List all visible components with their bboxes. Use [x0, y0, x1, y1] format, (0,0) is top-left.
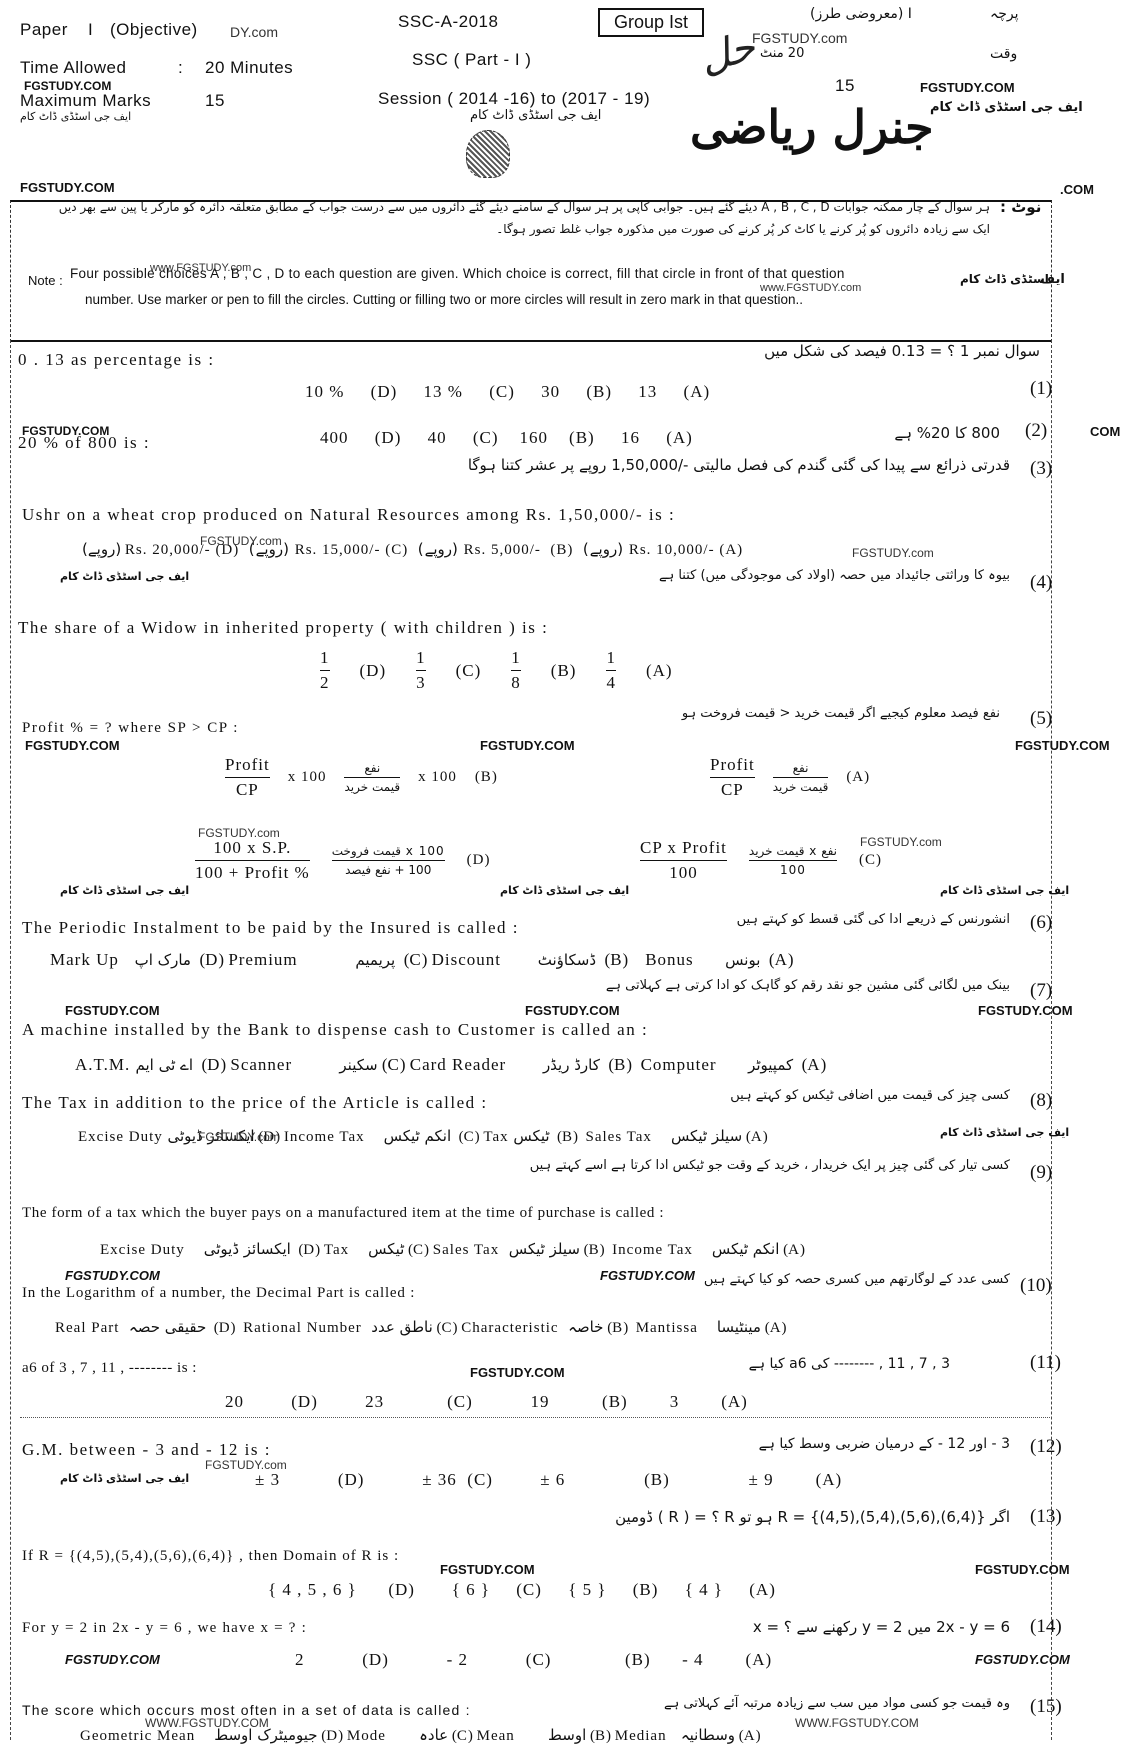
numerator: 1 [320, 648, 330, 668]
question-urdu: اگر R = {(4,5),(5,4),(5,6),(6,4)} ہو تو … [420, 1508, 1010, 1526]
option-d-value[interactable]: Rs. 20,000/- [125, 542, 211, 558]
option-b-label[interactable]: (B) [550, 542, 573, 558]
question-urdu: 800 کا 20% ہے [830, 424, 1000, 442]
denominator: 2 [320, 673, 330, 693]
option-a-urdu: سیلز ٹیکس [671, 1127, 742, 1145]
urdu-time-value: 20 منٹ [760, 46, 804, 61]
note-english-line1: Four possible choices A , B , C , D to e… [70, 266, 845, 281]
paper-number: I [88, 20, 93, 40]
note-urdu-line2: ایک سے زیادہ دائروں کو پُر کرنے یا کاٹ ک… [290, 222, 990, 236]
option-c-label[interactable]: (C) [516, 1580, 542, 1599]
option-b-urdu: ٹیکس [513, 1127, 549, 1145]
question-english: In the Logarithm of a number, the Decima… [22, 1285, 415, 1302]
option-a-label[interactable]: (A) [783, 1242, 805, 1258]
option-b-value[interactable]: 160 [520, 428, 549, 447]
question-english: 20 % of 800 is : [18, 433, 150, 453]
option-a-value[interactable]: Bonus [645, 950, 693, 969]
options-row: (روپے) Rs. 20,000/- (D) (روپے) Rs. 15,00… [82, 540, 743, 559]
urdu-paper-label: پرچہ [990, 6, 1018, 22]
watermark-urdu: ایف جی اسٹڈی ڈاٹ کام [500, 884, 629, 897]
option-a-value[interactable]: Computer [641, 1055, 717, 1074]
option-d-label[interactable]: (D) [199, 950, 224, 969]
numerator: 1 [511, 648, 521, 668]
option-c-urdu: سکینر [339, 1056, 377, 1074]
option-c-urdu: ٹیکس [368, 1240, 404, 1258]
option-b-english[interactable]: ProfitCP [225, 755, 270, 800]
option-c-value[interactable]: 40 [428, 428, 447, 447]
watermark: FGSTUDY.COM [975, 1562, 1070, 1577]
option-a-value[interactable]: Sales Tax [586, 1129, 652, 1145]
denominator: 100 [669, 863, 698, 883]
option-b-value[interactable]: Sales Tax [433, 1242, 499, 1258]
board-seal-icon [466, 130, 510, 178]
watermark: FGSTUDY.com [198, 1130, 280, 1144]
option-a-urdu: وسطانیہ [681, 1726, 735, 1744]
option-b-value[interactable]: - 4 [682, 1650, 703, 1669]
watermark: FGSTUDY.com [860, 835, 942, 849]
option-c-value[interactable]: Rs. 15,000/- [295, 542, 381, 558]
option-d-value[interactable]: Excise Duty [100, 1242, 185, 1258]
time-colon: : [178, 58, 183, 78]
option-b-label[interactable]: (B) [569, 428, 595, 447]
numerator: CP x Profit [640, 838, 727, 858]
question-urdu: بینک میں لگائی گئی مشین جو نقد رقم کو گا… [560, 978, 1010, 993]
option-a-value[interactable]: Median [615, 1728, 667, 1744]
watermark: FGSTUDY.com [852, 546, 934, 560]
denominator: CP [236, 780, 259, 800]
option-b-value[interactable]: Mean [477, 1728, 515, 1744]
option-d-label[interactable]: (D) [362, 1650, 389, 1669]
option-c-urdu: نفع x قیمت خرید100 [749, 844, 837, 877]
option-a-value[interactable]: 13 [638, 382, 657, 401]
option-c-value[interactable]: 23 [365, 1392, 384, 1411]
option-d-label[interactable]: (D) [202, 1055, 227, 1074]
urdu-time-label: وقت [990, 46, 1017, 62]
option-b-value[interactable]: 30 [541, 382, 560, 401]
option-a-label[interactable]: (A) [721, 1392, 748, 1411]
signature-scribble: ﺣﻞ [695, 24, 760, 83]
denominator: 8 [511, 673, 521, 693]
option-d-value[interactable]: 20 [225, 1392, 244, 1411]
question-english: If R = {(4,5),(5,4),(5,6),(6,4)} , then … [22, 1548, 399, 1565]
question-urdu: کسی چیز کی قیمت میں اضافی ٹیکس کو کہتے ہ… [690, 1088, 1010, 1103]
question-number: (4) [1030, 572, 1052, 594]
group-badge: Group Ist [598, 8, 704, 37]
option-b-value[interactable]: Discount [432, 950, 501, 969]
option-c-urdu: ناطق عدد [371, 1318, 432, 1336]
option-b-label[interactable]: (B) [602, 1392, 628, 1411]
watermark-urdu: ایف جی اسٹڈی ڈاٹ کام [940, 1126, 1069, 1139]
option-c-label[interactable]: (C) [526, 1650, 552, 1669]
option-c-value[interactable]: Income Tax [284, 1129, 365, 1145]
option-c-label[interactable]: (C) [459, 1129, 480, 1145]
watermark: FGSTUDY.COM [440, 1562, 535, 1577]
watermark: WWW.FGSTUDY.COM [795, 1716, 919, 1730]
options-row: Mark Up مارک اپ (D) Premium پریمیم (C) D… [50, 950, 794, 970]
option-c-label[interactable]: (C) [437, 1320, 458, 1336]
option-c-label[interactable]: (C) [473, 428, 499, 447]
option-d-label[interactable]: (D) [291, 1392, 318, 1411]
option-a-label[interactable]: (A) [666, 428, 693, 447]
option-b-label[interactable]: (B) [605, 950, 629, 969]
watermark: FGSTUDY.COM [65, 1003, 160, 1018]
question-urdu: 3 , 7 , 11 , -------- کی a6 کیا ہے [720, 1356, 950, 1372]
option-d-value[interactable]: 10 % [305, 382, 344, 401]
option-b-urdu-suffix: x 100 [418, 769, 457, 786]
question-english: a6 of 3 , 7 , 11 , -------- is : [22, 1360, 197, 1377]
option-a-label[interactable]: (A) [765, 1320, 787, 1336]
question-number: (1) [1030, 378, 1052, 400]
paper-type: (Objective) [110, 20, 198, 40]
option-c-value[interactable]: Premium [228, 950, 297, 969]
denominator: 100 + نفع فیصد [345, 863, 431, 877]
watermark: FGSTUDY.COM [65, 1652, 160, 1667]
option-c-value[interactable]: Scanner [230, 1055, 292, 1074]
option-c-value[interactable]: Rational Number [243, 1320, 362, 1336]
question-number: (5) [1030, 708, 1052, 730]
watermark: FGSTUDY.COM [480, 738, 575, 753]
denominator: CP [721, 780, 744, 800]
note-urdu-mid: اسٹڈی ڈاٹ کام [960, 272, 1049, 286]
question-urdu: قدرتی ذرائع سے پیدا کی گئی گندم کی فصل م… [540, 456, 1010, 474]
note-urdu-label: نوٹ : [1000, 198, 1041, 216]
option-c-english[interactable]: CP x Profit100 [640, 838, 727, 883]
option-a-urdu: (روپے) [583, 540, 624, 558]
watermark: FGSTUDY.COM [525, 1003, 620, 1018]
option-c-value[interactable]: 13 % [424, 382, 463, 401]
option-d-label[interactable]: (D) [467, 852, 491, 869]
option-a-value[interactable]: { 4 } [685, 1580, 723, 1599]
options-row: Real Part حقیقی حصہ (D) Rational Number … [55, 1318, 787, 1337]
watermark-urdu: ایف جی اسٹڈی ڈاٹ کام [60, 884, 189, 897]
question-number: (9) [1030, 1162, 1052, 1184]
option-b-value[interactable]: 18 [511, 648, 521, 693]
option-a-value[interactable]: 3 [670, 1392, 680, 1411]
option-d-label[interactable]: (D) [214, 1320, 236, 1336]
options-row: Excise Duty ایکسائز ڈیوٹی (D) Income Tax… [78, 1127, 768, 1146]
question-urdu: سوال نمبر 1 ؟ = 0.13 فیصد کی شکل میں [740, 342, 1040, 360]
urdu-site-center: ایف جی اسٹڈی ڈاٹ کام [470, 108, 601, 123]
option-d-label[interactable]: (D) [298, 1242, 320, 1258]
option-a-label[interactable]: (A) [749, 1580, 776, 1599]
question-english: The Periodic Instalment to be paid by th… [22, 918, 519, 938]
option-b-urdu: خاصہ [568, 1318, 603, 1336]
question-urdu: 2x - y = 6 میں y = 2 رکھنے سے ؟ = x [560, 1618, 1010, 1636]
question-english: A machine installed by the Bank to dispe… [22, 1020, 648, 1040]
option-a-urdu: کمپیوٹر [748, 1056, 793, 1074]
question-number: (13) [1030, 1506, 1062, 1528]
option-c-urdu: پریمیم [355, 951, 395, 969]
option-b-label[interactable]: (B) [590, 1728, 611, 1744]
option-a-label[interactable]: (A) [802, 1055, 827, 1074]
option-a-value[interactable]: Income Tax [612, 1242, 693, 1258]
option-d-value[interactable]: { 4 , 5 , 6 } [268, 1580, 357, 1599]
option-a-value[interactable]: 16 [621, 428, 640, 447]
option-b-urdu: اوسط [548, 1726, 586, 1744]
option-d-value[interactable]: 2 [295, 1650, 305, 1669]
option-b-urdu: ڈسکاؤنٹ [538, 951, 596, 969]
note-english-label: Note : [28, 273, 63, 288]
question-number: (8) [1030, 1090, 1052, 1112]
options-row-1: ProfitCP x 100 نفعقیمت خرید x 100 (B) [225, 755, 498, 800]
numerator: 1 [416, 648, 426, 668]
option-a-label[interactable]: (A) [769, 950, 794, 969]
watermark-fgstudy-right: FGSTUDY.COM [920, 80, 1015, 95]
numerator: 100 x قیمت فروخت [332, 844, 445, 858]
option-d-urdu: ایکسائز ڈیوٹی [204, 1240, 291, 1258]
option-d-value[interactable]: A.T.M. [75, 1055, 130, 1074]
note-english-line2: number. Use marker or pen to fill the ci… [85, 292, 803, 307]
question-urdu: وہ قیمت جو کسی مواد میں سب سے زیادہ مرتب… [640, 1696, 1010, 1711]
option-d-urdu: حقیقی حصہ [129, 1318, 206, 1336]
maximum-marks-label: Maximum Marks [20, 91, 151, 111]
option-a-label[interactable]: (A) [746, 1650, 773, 1669]
option-b-label[interactable]: (B) [586, 382, 612, 401]
option-d-urdu: (روپے) [82, 540, 121, 558]
option-d-label[interactable]: (D) [360, 661, 387, 681]
question-number: (14) [1030, 1616, 1062, 1638]
option-c-value[interactable]: ± 36 [422, 1470, 457, 1489]
numerator: نفع x قیمت خرید [749, 844, 837, 858]
watermark-fgstudy-mid: FGSTUDY.com [752, 30, 847, 46]
watermark-row-right: .COM [1060, 182, 1094, 197]
option-c-label[interactable]: (C) [452, 1728, 473, 1744]
option-a-value[interactable]: Mantissa [636, 1320, 698, 1336]
option-d-value[interactable]: 12 [320, 648, 330, 693]
question-urdu: نفع فیصد معلوم کیجیے اگر قیمت خرید < قیم… [600, 706, 1000, 721]
question-english: The share of a Widow in inherited proper… [18, 618, 548, 638]
option-d-value[interactable]: Real Part [55, 1320, 119, 1336]
question-number: (6) [1030, 912, 1052, 934]
note-urdu-line1: ہر سوال کے چار ممکنہ جوابات A , B , C , … [20, 200, 990, 214]
option-c-label[interactable]: (C) [404, 950, 428, 969]
option-d-english[interactable]: 100 x S.P.100 + Profit % [195, 838, 310, 883]
question-urdu: 3 - اور 12 - کے درمیان ضربی وسط کیا ہے [700, 1436, 1010, 1452]
question-english: G.M. between - 3 and - 12 is : [22, 1440, 271, 1460]
denominator: قیمت خرید [344, 780, 400, 794]
option-d-label[interactable]: (D) [388, 1580, 415, 1599]
numerator: 100 x S.P. [213, 838, 291, 858]
option-c-value[interactable]: { 6 } [452, 1580, 490, 1599]
exam-session: Session ( 2014 -16) to (2017 - 19) [378, 89, 650, 109]
option-b-suffix: x 100 [288, 769, 327, 786]
options-row-2: 100 x S.P.100 + Profit % 100 x قیمت فروخ… [195, 838, 490, 883]
numerator: 1 [606, 648, 616, 668]
numerator: Profit [225, 755, 270, 775]
option-b-value[interactable]: ± 6 [540, 1470, 565, 1489]
option-d-value[interactable]: Geometric Mean [80, 1728, 195, 1744]
option-b-label[interactable]: (B) [584, 1242, 605, 1258]
watermark: FGSTUDY.COM [975, 1652, 1070, 1667]
urdu-paper-value: I (معروضی طرز) [810, 6, 912, 22]
option-d-label[interactable]: (D) [371, 382, 398, 401]
question-number: (7) [1030, 980, 1052, 1002]
maximum-marks-value: 15 [205, 91, 225, 111]
denominator: قیمت خرید [773, 780, 829, 794]
option-b-label[interactable]: (B) [551, 661, 577, 681]
option-d-label[interactable]: (D) [375, 428, 402, 447]
option-b-urdu: (روپے) [418, 540, 459, 558]
paper-label: Paper [20, 20, 68, 40]
option-c-label[interactable]: (C) [385, 542, 408, 558]
question-english: 0 . 13 as percentage is : [18, 350, 215, 370]
question-number: (10) [1020, 1275, 1052, 1297]
time-allowed-value: 20 Minutes [205, 58, 293, 78]
option-b-urdu: نفعقیمت خرید [344, 761, 400, 794]
numerator: Profit [710, 755, 755, 775]
urdu-marks-value: 15 [835, 76, 855, 96]
question-english: Profit % = ? where SP > CP : [22, 720, 239, 737]
option-a-label[interactable]: (A) [646, 661, 673, 681]
options-row: 10 % (D) 13 % (C) 30 (B) 13 (A) [305, 382, 710, 402]
denominator: 100 + Profit % [195, 863, 310, 883]
watermark: FGSTUDY.COM [470, 1365, 565, 1380]
option-c-value[interactable]: Mode [347, 1728, 386, 1744]
option-b-label[interactable]: (B) [608, 1055, 632, 1074]
option-a-label[interactable]: (A) [746, 1129, 768, 1145]
options-row: 2 (D) - 2 (C) (B) - 4 (A) [295, 1650, 772, 1670]
watermark-urdu: ایف جی اسٹڈی ڈاٹ کام [940, 884, 1069, 897]
option-c-label[interactable]: (C) [382, 1055, 406, 1074]
option-a-label[interactable]: (A) [739, 1728, 761, 1744]
options-row-2b: CP x Profit100 نفع x قیمت خرید100 (C) [640, 838, 882, 883]
watermark: FGSTUDY.COM [1015, 738, 1110, 753]
option-a-label[interactable]: (A) [816, 1470, 843, 1489]
option-a-urdu: نفعقیمت خرید [773, 761, 829, 794]
question-urdu: انشورنس کے ذریعے ادا کی گئی قسط کو کہتے … [680, 912, 1010, 927]
option-b-value[interactable]: Rs. 5,000/- [464, 542, 541, 558]
option-b-urdu: کارڈ ریڈر [543, 1056, 600, 1074]
options-row: 20 (D) 23 (C) 19 (B) 3 (A) [225, 1392, 748, 1412]
option-d-urdu: مارک اپ [135, 951, 191, 969]
option-a-value[interactable]: 14 [606, 648, 616, 693]
option-a-urdu: بونس [725, 951, 760, 969]
option-c-label[interactable]: (C) [408, 1242, 429, 1258]
watermark-urdu: ایف جی اسٹڈی ڈاٹ کام [60, 570, 189, 583]
exam-code: SSC-A-2018 [398, 12, 498, 32]
numerator: نفع [793, 761, 809, 775]
question-urdu: بیوہ کا وراثتی جائیداد میں حصہ (اولاد کی… [540, 568, 1010, 583]
option-b-label[interactable]: (B) [625, 1650, 651, 1669]
subject-title-urdu: جنرل ریاضی [690, 100, 934, 154]
option-a-label[interactable]: (A) [846, 769, 870, 786]
denominator: 3 [416, 673, 426, 693]
options-row: 12 (D) 13 (C) 18 (B) 14 (A) [320, 648, 673, 693]
question-urdu: کسی عدد کے لوگارتھم میں کسری حصہ کو کیا … [680, 1272, 1010, 1287]
question-english: The form of a tax which the buyer pays o… [22, 1205, 664, 1222]
question-number: (3) [1030, 458, 1052, 480]
option-a-value[interactable]: ± 9 [748, 1470, 773, 1489]
question-number: (11) [1030, 1352, 1061, 1374]
option-a-label[interactable]: (A) [719, 542, 743, 558]
watermark-com: COM [1090, 424, 1120, 439]
option-d-label[interactable]: (D) [321, 1728, 343, 1744]
watermark-urdu: ایف جی اسٹڈی ڈاٹ کام [60, 1472, 189, 1485]
exam-part: SSC ( Part - I ) [412, 50, 531, 70]
option-b-urdu: سیلز ٹیکس [509, 1240, 580, 1258]
urdu-site-watermark: ایف جی اسٹڈی ڈاٹ کام [20, 110, 131, 123]
option-b-value[interactable]: Card Reader [410, 1055, 506, 1074]
question-english: Ushr on a wheat crop produced on Natural… [22, 505, 675, 525]
option-b-label[interactable]: (B) [644, 1470, 670, 1489]
options-row: 400 (D) 40 (C) 160 (B) 16 (A) [320, 428, 693, 448]
option-b-label[interactable]: (B) [633, 1580, 659, 1599]
option-c-value[interactable]: - 2 [447, 1650, 468, 1669]
question-number: (15) [1030, 1696, 1062, 1718]
option-d-value[interactable]: ± 3 [255, 1470, 280, 1489]
watermark: FGSTUDY.COM [978, 1003, 1073, 1018]
watermark: FGSTUDY.COM [25, 738, 120, 753]
question-urdu: کسی تیار کی گئی چیز پر ایک خریدار ، خرید… [520, 1158, 1010, 1173]
options-row: A.T.M. اے ٹی ایم (D) Scanner سکینر (C) C… [75, 1055, 826, 1075]
option-d-label[interactable]: (D) [338, 1470, 365, 1489]
question-english: For y = 2 in 2x - y = 6 , we have x = ? … [22, 1620, 307, 1637]
options-row: Geometric Mean جیومیٹرک اوسط (D) Mode عا… [80, 1726, 761, 1745]
denominator: 100 [780, 863, 806, 877]
watermark: FGSTUDY.com [200, 534, 282, 548]
option-c-value[interactable]: 13 [416, 648, 426, 693]
option-b-value[interactable]: { 5 } [568, 1580, 606, 1599]
option-a-label[interactable]: (A) [684, 382, 711, 401]
denominator: 4 [606, 673, 616, 693]
option-a-value[interactable]: Rs. 10,000/- [629, 542, 715, 558]
options-row: { 4 , 5 , 6 } (D) { 6 } (C) { 5 } (B) { … [268, 1580, 776, 1600]
options-row: Excise Duty ایکسائز ڈیوٹی (D) Tax ٹیکس (… [100, 1240, 805, 1259]
option-c-value[interactable]: Tax [324, 1242, 349, 1258]
option-c-label[interactable]: (C) [489, 382, 515, 401]
option-a-urdu: مینٹیسا [717, 1318, 761, 1336]
urdu-site-right: ایف جی اسٹڈی ڈاٹ کام [930, 100, 1083, 115]
options-row-1b: ProfitCP نفعقیمت خرید (A) [710, 755, 870, 800]
option-b-value[interactable]: 19 [531, 1392, 550, 1411]
option-c-label[interactable]: (C) [467, 1470, 493, 1489]
options-row: ± 3 (D) ± 36 (C) ± 6 (B) ± 9 (A) [255, 1470, 842, 1490]
question-number: (2) [1025, 420, 1047, 442]
option-d-value[interactable]: Mark Up [50, 950, 119, 969]
option-a-urdu: انکم ٹیکس [712, 1240, 780, 1258]
paper-watermark: DY.com [230, 24, 278, 40]
option-b-label[interactable]: (B) [557, 1129, 578, 1145]
option-c-urdu: انکم ٹیکس [384, 1127, 452, 1145]
option-d-urdu: 100 x قیمت فروخت100 + نفع فیصد [332, 844, 445, 877]
option-c-label[interactable]: (C) [859, 852, 882, 869]
watermark: FGSTUDY.COM [65, 1268, 160, 1283]
option-d-urdu: اے ٹی ایم [136, 1056, 194, 1074]
watermark-row-left: FGSTUDY.COM [20, 180, 115, 195]
option-c-label[interactable]: (C) [456, 661, 482, 681]
numerator: نفع [364, 761, 380, 775]
option-c-urdu: عادہ [419, 1726, 448, 1744]
option-b-value[interactable]: Tax [483, 1129, 508, 1145]
option-b-label[interactable]: (B) [607, 1320, 628, 1336]
time-allowed-label: Time Allowed [20, 58, 126, 78]
option-d-urdu: جیومیٹرک اوسط [214, 1726, 317, 1744]
option-b-value[interactable]: Characteristic [461, 1320, 558, 1336]
option-a-english[interactable]: ProfitCP [710, 755, 755, 800]
option-d-value[interactable]: Excise Duty [78, 1129, 163, 1145]
option-c-label[interactable]: (C) [447, 1392, 473, 1411]
question-english: The Tax in addition to the price of the … [22, 1093, 488, 1113]
option-d-value[interactable]: 400 [320, 428, 349, 447]
question-number: (12) [1030, 1436, 1062, 1458]
option-b-label[interactable]: (B) [475, 769, 498, 786]
